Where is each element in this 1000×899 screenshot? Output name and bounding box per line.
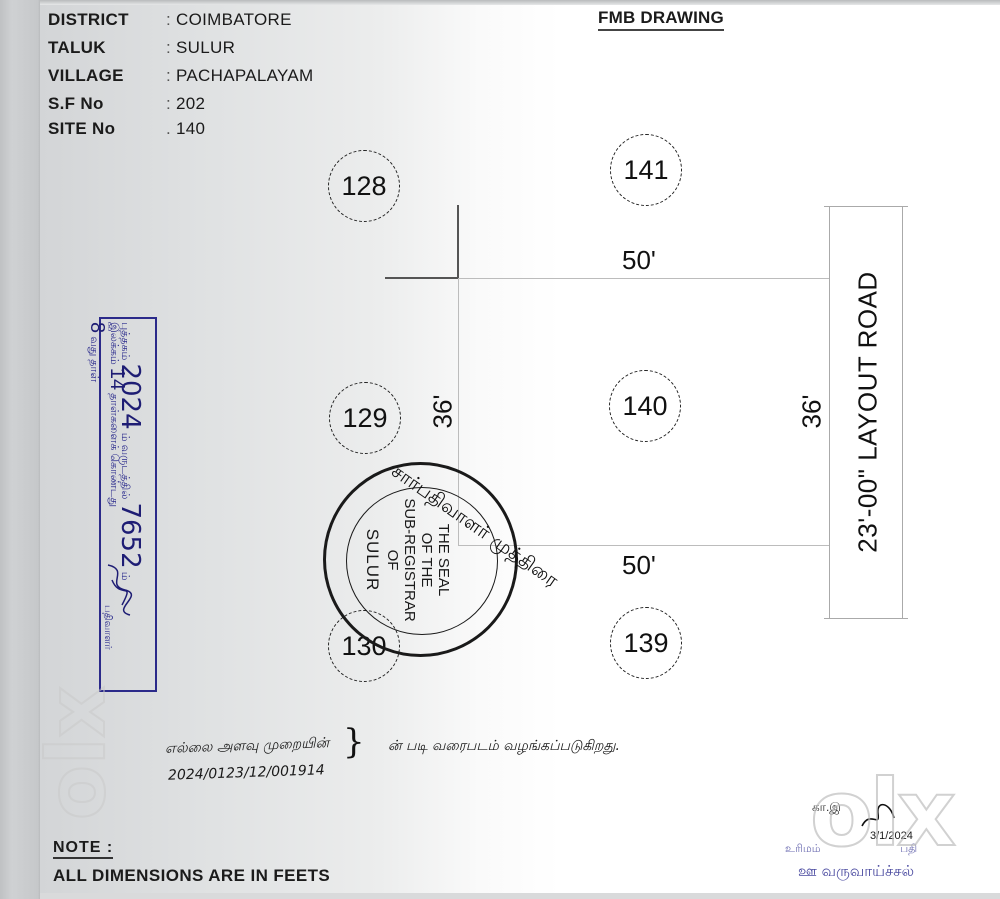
dimension-west: 36' [427, 395, 458, 429]
road-label: 23'-00" LAYOUT ROAD [853, 271, 884, 552]
stamp-sheet-count: 14 [106, 368, 128, 390]
note-heading: NOTE : [53, 839, 113, 859]
olx-watermark-side: olx [30, 686, 123, 820]
document-title: FMB DRAWING [598, 8, 724, 31]
certification-continuation: ன் படி வரைபடம் வழங்கப்படுகிறது. [388, 738, 620, 756]
boundary-line-north [458, 278, 829, 279]
field-value-taluk: :SULUR [166, 38, 235, 58]
road-tick-bottom [824, 618, 908, 619]
road-tick-top [824, 206, 908, 207]
plot-marker-140: 140 [609, 370, 681, 442]
boundary-line-west-upper [457, 205, 459, 278]
field-label-village: VILLAGE [48, 66, 124, 86]
dimension-north: 50' [622, 245, 656, 276]
field-label-district: DISTRICT [48, 10, 129, 30]
boundary-line-northwest [385, 277, 458, 279]
plot-marker-128: 128 [328, 150, 400, 222]
field-label-taluk: TALUK [48, 38, 106, 58]
stamp-line-3: 8 வது தாள் [85, 322, 108, 382]
field-value-sf-no: :202 [166, 94, 205, 114]
dimension-south: 50' [622, 550, 656, 581]
stamp-sheet-number: 8 [86, 322, 108, 333]
field-label-sf-no: S.F No [48, 94, 104, 114]
certification-line-1: எல்லை அளவு முறையின் [165, 735, 330, 759]
certification-bracket: } [343, 722, 365, 762]
field-value-site-no: .140 [166, 119, 205, 139]
seal-place: SULUR [362, 529, 382, 592]
page-edge-bottom [40, 893, 1000, 899]
certification-reference: 2024/0123/12/001914 [168, 762, 325, 783]
plot-marker-139: 139 [610, 607, 682, 679]
stamp-signature-caption: பதிவாளர் [101, 605, 113, 650]
note-text: ALL DIMENSIONS ARE IN FEETS [53, 866, 330, 886]
dimension-east: 36' [796, 395, 827, 429]
stamp-number: 7652 [115, 502, 145, 568]
field-value-district: :COIMBATORE [166, 10, 292, 30]
stamp-line-2: இலக்கம் 14 தாள்களைக் கொண்டது [105, 322, 128, 507]
field-value-village: :PACHAPALAYAM [166, 66, 313, 86]
olx-watermark: olx [810, 760, 952, 867]
plot-marker-141: 141 [610, 134, 682, 206]
page-edge-top [40, 0, 1000, 5]
plot-marker-129: 129 [329, 382, 401, 454]
field-label-site-no: SITE No [48, 119, 115, 139]
